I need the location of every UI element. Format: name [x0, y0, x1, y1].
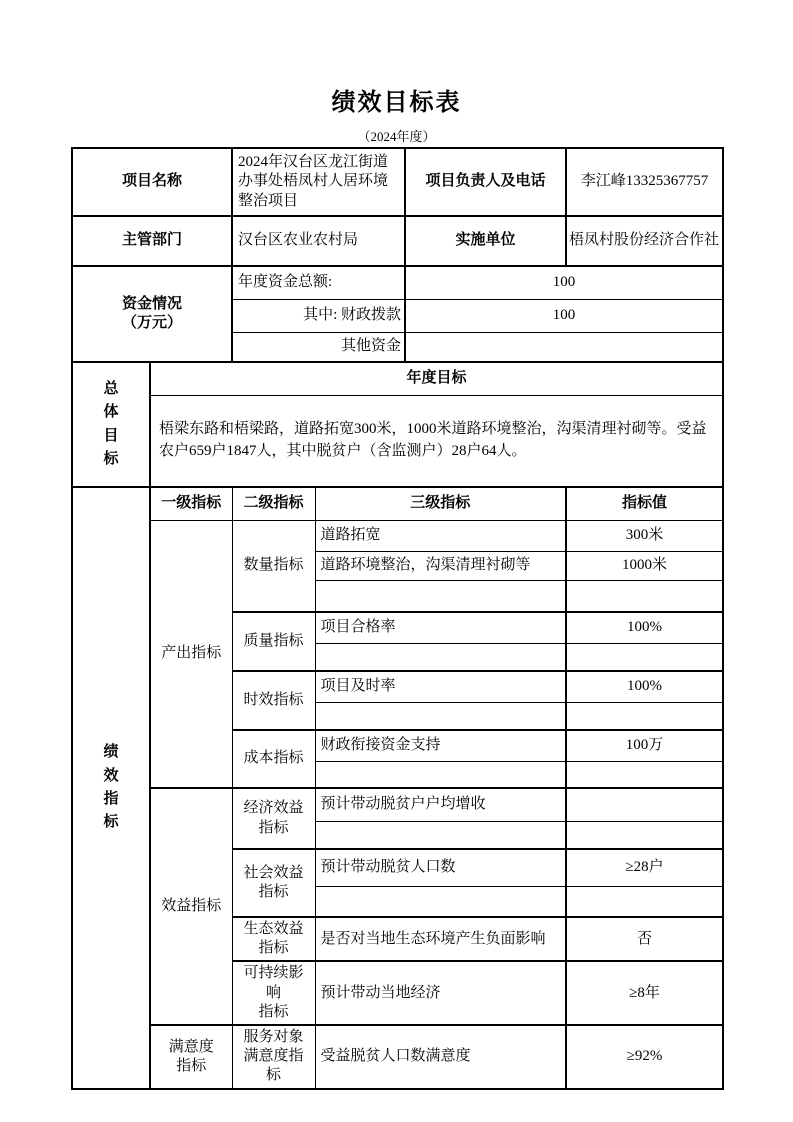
indicator-name-cell: 预计带动脱贫人口数	[315, 849, 566, 886]
indicator-name-cell: 预计带动脱贫户户均增收	[315, 788, 566, 821]
overall-goal-label-text: 总体目标	[103, 378, 120, 471]
project-leader-label: 项目负责人及电话	[405, 148, 566, 216]
indicator-value-cell	[566, 702, 723, 730]
indicator-name-cell: 项目合格率	[315, 612, 566, 643]
page-title: 绩效目标表	[0, 82, 793, 117]
indicator-name-cell: 项目及时率	[315, 671, 566, 702]
indicator-name-cell	[315, 643, 566, 671]
funding-row-value: 100	[405, 299, 723, 332]
indicator-value-cell	[566, 821, 723, 849]
indicator-sub-quantity: 数量指标	[232, 520, 315, 612]
indicator-name-cell: 道路环境整治，沟渠清理衬砌等	[315, 551, 566, 580]
dept-label: 主管部门	[72, 216, 232, 266]
funding-row-value: 100	[405, 266, 723, 299]
indicator-group-output: 产出指标	[150, 520, 232, 788]
funding-label: 资金情况 （万元）	[72, 266, 232, 362]
indicator-name-cell	[315, 821, 566, 849]
performance-label: 绩效指标	[72, 487, 150, 1089]
indicator-name-cell	[315, 580, 566, 612]
funding-row-name: 其中: 财政拨款	[232, 299, 405, 332]
indicator-sub-timeliness: 时效指标	[232, 671, 315, 730]
indicator-value-cell: 100万	[566, 730, 723, 761]
indicator-name-cell: 道路拓宽	[315, 520, 566, 551]
indicator-value-cell: 300米	[566, 520, 723, 551]
indicator-sub-ecological: 生态效益 指标	[232, 917, 315, 961]
annual-goal-content: 梧梁东路和梧梁路，道路拓宽300米，1000米道路环境整治，沟渠清理衬砌等。受益…	[150, 395, 723, 487]
indicator-sub-quality: 质量指标	[232, 612, 315, 671]
indicator-value-cell: 100%	[566, 612, 723, 643]
overall-goal-label: 总体目标	[72, 362, 150, 487]
indicator-sub-economic: 经济效益 指标	[232, 788, 315, 849]
indicator-sub-service-satisfaction: 服务对象 满意度指标	[232, 1025, 315, 1089]
indicator-sub-sustain: 可持续影响 指标	[232, 961, 315, 1025]
indicator-name-cell: 财政衔接资金支持	[315, 730, 566, 761]
indicator-header-value: 指标值	[566, 487, 723, 520]
impl-unit-label: 实施单位	[405, 216, 566, 266]
indicator-value-cell: 1000米	[566, 551, 723, 580]
funding-row-name: 其他资金	[232, 332, 405, 362]
funding-row-name: 年度资金总额:	[232, 266, 405, 299]
performance-target-table: 项目名称 2024年汉台区龙江街道办事处梧凤村人居环境整治项目 项目负责人及电话…	[71, 147, 724, 1090]
indicator-value-cell	[566, 761, 723, 788]
indicator-group-satisfaction: 满意度 指标	[150, 1025, 232, 1089]
indicator-value-cell: ≥28户	[566, 849, 723, 886]
indicator-header-level3: 三级指标	[315, 487, 566, 520]
indicator-sub-social: 社会效益 指标	[232, 849, 315, 917]
indicator-name-cell: 受益脱贫人口数满意度	[315, 1025, 566, 1089]
indicator-header-level2: 二级指标	[232, 487, 315, 520]
indicator-name-cell	[315, 702, 566, 730]
indicator-value-cell	[566, 788, 723, 821]
impl-unit-value: 梧凤村股份经济合作社	[566, 216, 723, 266]
indicator-group-benefit: 效益指标	[150, 788, 232, 1025]
indicator-value-cell	[566, 643, 723, 671]
project-name-value: 2024年汉台区龙江街道办事处梧凤村人居环境整治项目	[232, 148, 405, 216]
document-page: 绩效目标表 （2024年度） 项目名称 2024年汉台区龙江街道办事处梧凤村人居…	[0, 0, 793, 1122]
indicator-name-cell	[315, 761, 566, 788]
indicator-value-cell	[566, 886, 723, 917]
indicator-value-cell: 100%	[566, 671, 723, 702]
indicator-value-cell: 否	[566, 917, 723, 961]
indicator-value-cell: ≥92%	[566, 1025, 723, 1089]
performance-label-text: 绩效指标	[103, 741, 120, 834]
dept-value: 汉台区农业农村局	[232, 216, 405, 266]
indicator-name-cell: 预计带动当地经济	[315, 961, 566, 1025]
indicator-value-cell: ≥8年	[566, 961, 723, 1025]
indicator-sub-cost: 成本指标	[232, 730, 315, 788]
indicator-header-level1: 一级指标	[150, 487, 232, 520]
project-leader-value: 李江峰13325367757	[566, 148, 723, 216]
funding-row-value	[405, 332, 723, 362]
project-name-label: 项目名称	[72, 148, 232, 216]
indicator-name-cell	[315, 886, 566, 917]
page-subtitle: （2024年度）	[0, 126, 793, 145]
indicator-name-cell: 是否对当地生态环境产生负面影响	[315, 917, 566, 961]
annual-goal-header: 年度目标	[150, 362, 723, 395]
indicator-value-cell	[566, 580, 723, 612]
